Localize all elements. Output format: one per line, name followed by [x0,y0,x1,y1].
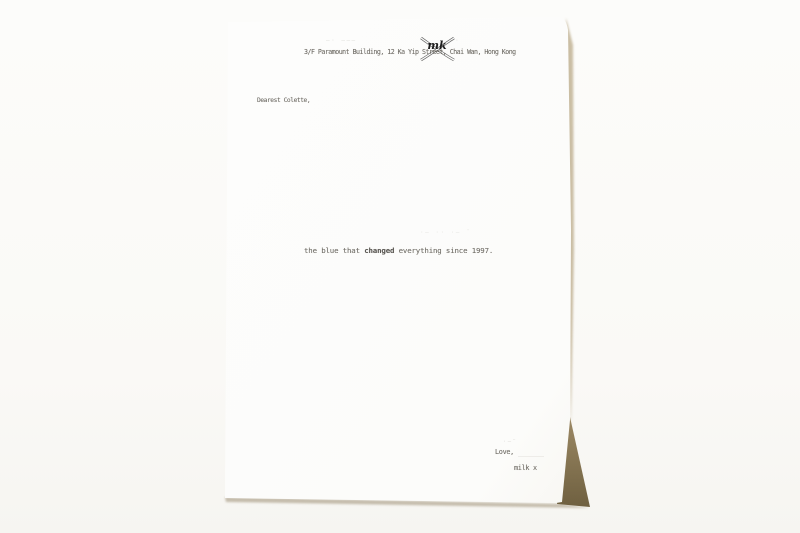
body-emphasis: changed [364,246,394,255]
paper-sheet [0,0,800,533]
milkx-logo: mk [372,16,424,44]
signature: milk x [514,464,537,472]
faint-smudge: ·– ·· ·– ¨ [420,229,471,236]
faint-line-beside-closing [518,456,544,457]
letterhead-address: 3/F Paramount Building, 12 Ka Yip Street… [304,48,516,56]
salutation: Dearest Colette, [257,97,310,104]
body-line: the blue that changed everything since 1… [304,246,493,255]
body-pre: the blue that [304,246,364,255]
faint-marks-above-closing: ·–¨ [503,439,517,445]
photo-of-letter: mk –· ––– –· 3/F Paramount Building, 12 … [0,0,800,533]
paper [225,16,571,503]
closing: Love, [495,448,514,456]
faint-dashes-left: –· ––– [326,37,357,44]
body-post: everything since 1997. [394,246,493,255]
faint-dash-right: –· [450,37,460,44]
